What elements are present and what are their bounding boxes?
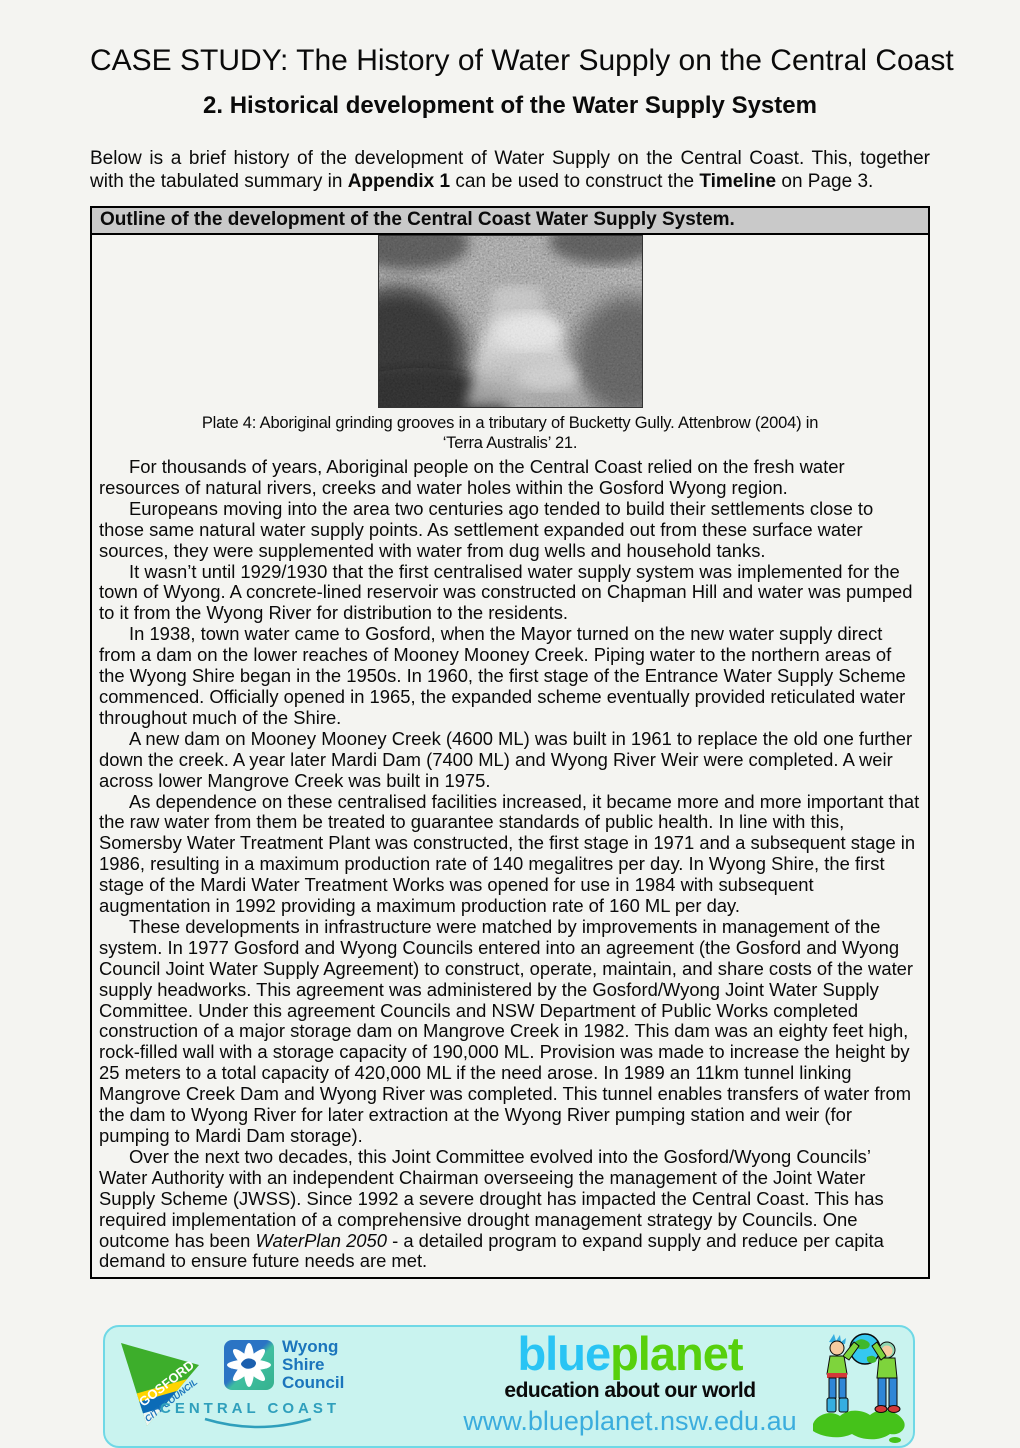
text-run: Europeans moving into the area two centu…	[99, 498, 873, 561]
text-run: Appendix 1	[348, 171, 450, 192]
text-run: on Page 3.	[776, 171, 873, 192]
blueplanet-logo-blue: blue	[517, 1327, 610, 1380]
central-coast-arc	[203, 1417, 313, 1431]
text-run: As dependence on these centralised facil…	[99, 791, 919, 917]
photo-container	[92, 235, 928, 408]
text-run: can be used to construct the	[450, 171, 699, 192]
blueplanet-tagline: education about our world	[504, 1380, 755, 1402]
wyong-label-line2: Shire	[282, 1356, 344, 1374]
wyong-label-line3: Council	[282, 1374, 344, 1392]
intro-paragraph: Below is a brief history of the developm…	[90, 147, 930, 193]
outline-section: Outline of the development of the Centra…	[90, 206, 930, 1279]
body-paragraph: In 1938, town water came to Gosford, whe…	[99, 624, 921, 729]
page-title: CASE STUDY: The History of Water Supply …	[90, 44, 930, 78]
central-coast-label: CENTRAL COAST	[160, 1400, 340, 1417]
text-run: A new dam on Mooney Mooney Creek (4600 M…	[99, 728, 912, 791]
document-page: CASE STUDY: The History of Water Supply …	[90, 0, 930, 1448]
outline-section-header: Outline of the development of the Centra…	[92, 208, 928, 235]
blueplanet-block: blueplanet education about our world www…	[455, 1329, 805, 1436]
body-paragraph: For thousands of years, Aboriginal peopl…	[99, 457, 921, 499]
text-run: For thousands of years, Aboriginal peopl…	[99, 456, 845, 498]
body-paragraph: Over the next two decades, this Joint Co…	[99, 1147, 921, 1272]
footer-banner: GOSFORD CITY COUNCIL	[103, 1325, 915, 1448]
text-run: Timeline	[699, 171, 776, 192]
page-subtitle: 2. Historical development of the Water S…	[90, 92, 930, 120]
body-paragraph: These developments in infrastructure wer…	[99, 917, 921, 1147]
body-paragraph: A new dam on Mooney Mooney Creek (4600 M…	[99, 729, 921, 792]
blueplanet-logo-planet: planet	[610, 1327, 742, 1380]
text-run: It wasn’t until 1929/1930 that the first…	[99, 561, 913, 624]
kids-globe-illustration	[807, 1332, 909, 1444]
photo-caption-line1: Plate 4: Aboriginal grinding grooves in …	[92, 413, 928, 433]
blueplanet-logo: blueplanet	[517, 1329, 742, 1379]
photo-caption: Plate 4: Aboriginal grinding grooves in …	[92, 413, 928, 453]
text-run: WaterPlan 2050	[255, 1230, 387, 1251]
creek-photo	[378, 235, 643, 408]
text-run: In 1938, town water came to Gosford, whe…	[99, 623, 906, 728]
wyong-label-line1: Wyong	[282, 1338, 344, 1356]
photo-caption-line2: ‘Terra Australis’ 21.	[92, 433, 928, 453]
body-paragraph: As dependence on these centralised facil…	[99, 792, 921, 917]
wyong-shire-council-label: Wyong Shire Council	[282, 1338, 344, 1392]
body-paragraph: Europeans moving into the area two centu…	[99, 499, 921, 562]
body-paragraph: It wasn’t until 1929/1930 that the first…	[99, 562, 921, 625]
text-run: These developments in infrastructure wer…	[99, 916, 913, 1146]
body-text: For thousands of years, Aboriginal peopl…	[92, 453, 928, 1277]
wyong-shire-council-logo	[224, 1340, 274, 1390]
blueplanet-url: www.blueplanet.nsw.edu.au	[463, 1406, 796, 1436]
